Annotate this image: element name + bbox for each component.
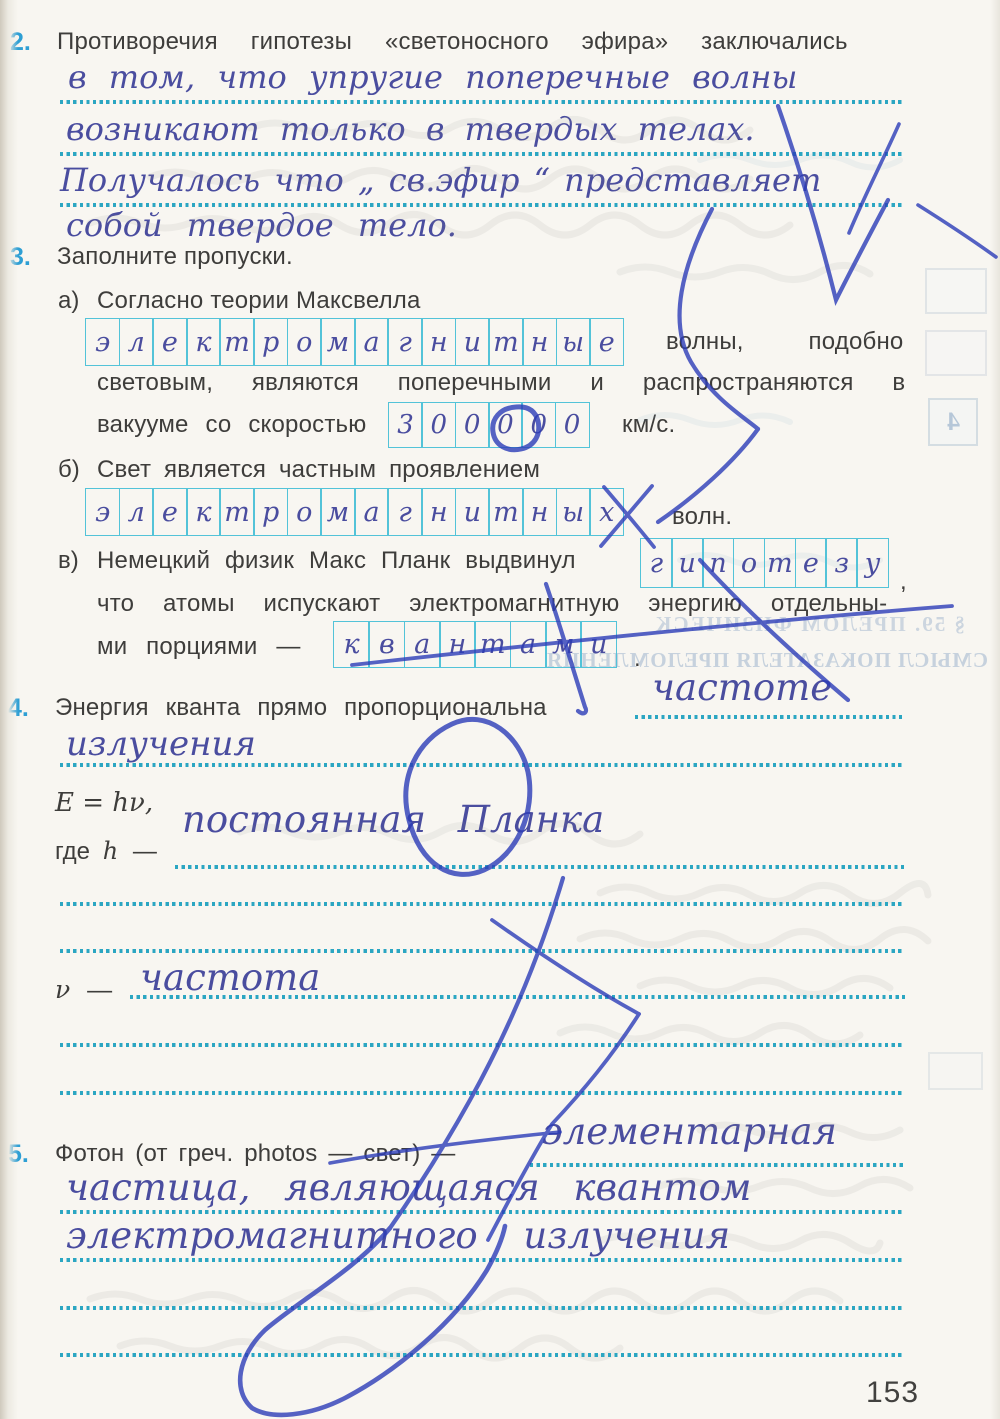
item-3v-letter-boxes-2: квантами [333, 621, 617, 668]
letter-cell: т [219, 488, 254, 536]
letter-cell: 0 [455, 402, 490, 448]
letter-cell: и [455, 488, 490, 536]
letter-cell: в [368, 621, 405, 668]
answer-line [60, 100, 905, 104]
letter-cell: н [421, 488, 456, 536]
letter-cell: 0 [555, 402, 590, 448]
answer-line [60, 763, 905, 767]
answer-line [60, 1043, 905, 1047]
letter-cell: е [152, 488, 187, 536]
answer-line [60, 1210, 905, 1214]
letter-cell: л [119, 318, 154, 366]
letter-cell: а [354, 488, 389, 536]
letter-cell: э [85, 488, 120, 536]
letter-cell: и [580, 621, 617, 668]
letter-cell: е [795, 538, 828, 588]
letter-cell: 0 [421, 402, 456, 448]
answer-line [60, 1258, 905, 1262]
letter-cell: е [152, 318, 187, 366]
letter-cell: м [320, 488, 355, 536]
letter-cell: и [671, 538, 704, 588]
letter-cell: е [589, 318, 624, 366]
letter-cell: т [474, 621, 511, 668]
letter-cell: н [522, 318, 557, 366]
letter-cell: о [287, 488, 322, 536]
answer-line [530, 1163, 905, 1167]
bleedthrough-squiggles [0, 0, 1000, 1419]
letter-cell: 0 [488, 402, 523, 448]
answer-line [60, 1091, 905, 1095]
ghost-number: 4 [947, 407, 960, 437]
letter-cell: к [333, 621, 370, 668]
answer-line [635, 715, 905, 719]
letter-cell: э [85, 318, 120, 366]
answer-line [60, 1353, 905, 1357]
answer-line [175, 865, 905, 869]
letter-cell: т [488, 488, 523, 536]
letter-cell: т [219, 318, 254, 366]
ghost-cell [928, 1052, 983, 1090]
letter-cell: м [545, 621, 582, 668]
ghost-cell [925, 268, 987, 314]
answer-line [130, 995, 905, 999]
letter-cell: 0 [521, 402, 556, 448]
answer-line [60, 902, 905, 906]
ghost-cell [925, 330, 987, 376]
letter-cell: р [253, 488, 288, 536]
letter-cell: к [186, 488, 221, 536]
letter-cell: 3 [388, 402, 423, 448]
item-3v-letter-boxes: гипотезу [640, 538, 889, 588]
workbook-page: 4 § 59. ПРЕЛОМ ФИЗИЧЕСК СМЫСЛ ПОКАЗАТЕЛЯ… [0, 0, 1000, 1419]
answer-line [60, 152, 905, 156]
letter-cell: р [253, 318, 288, 366]
item-3a-letter-boxes: электромагнитные [85, 318, 624, 366]
letter-cell: ы [556, 318, 591, 366]
answer-line [60, 1306, 905, 1310]
letter-cell: н [522, 488, 557, 536]
letter-cell: г [387, 488, 422, 536]
letter-cell: н [421, 318, 456, 366]
letter-cell: к [186, 318, 221, 366]
letter-cell: и [455, 318, 490, 366]
letter-cell: о [287, 318, 322, 366]
letter-cell: т [764, 538, 797, 588]
letter-cell: з [825, 538, 858, 588]
letter-cell: а [404, 621, 441, 668]
letter-cell: г [387, 318, 422, 366]
letter-cell: т [488, 318, 523, 366]
answer-line [60, 949, 905, 953]
ghost-cell-with-number: 4 [928, 398, 978, 446]
item-3a-speed-boxes: 300000 [388, 402, 590, 448]
letter-cell: у [856, 538, 889, 588]
letter-cell: а [510, 621, 547, 668]
letter-cell: л [119, 488, 154, 536]
letter-cell: а [354, 318, 389, 366]
item-3b-letter-boxes: электромагнитных [85, 488, 624, 536]
letter-cell: г [640, 538, 673, 588]
answer-line [60, 203, 905, 207]
letter-cell: ы [556, 488, 591, 536]
letter-cell: х [589, 488, 624, 536]
letter-cell: п [702, 538, 735, 588]
letter-cell: н [439, 621, 476, 668]
letter-cell: м [320, 318, 355, 366]
letter-cell: о [733, 538, 766, 588]
